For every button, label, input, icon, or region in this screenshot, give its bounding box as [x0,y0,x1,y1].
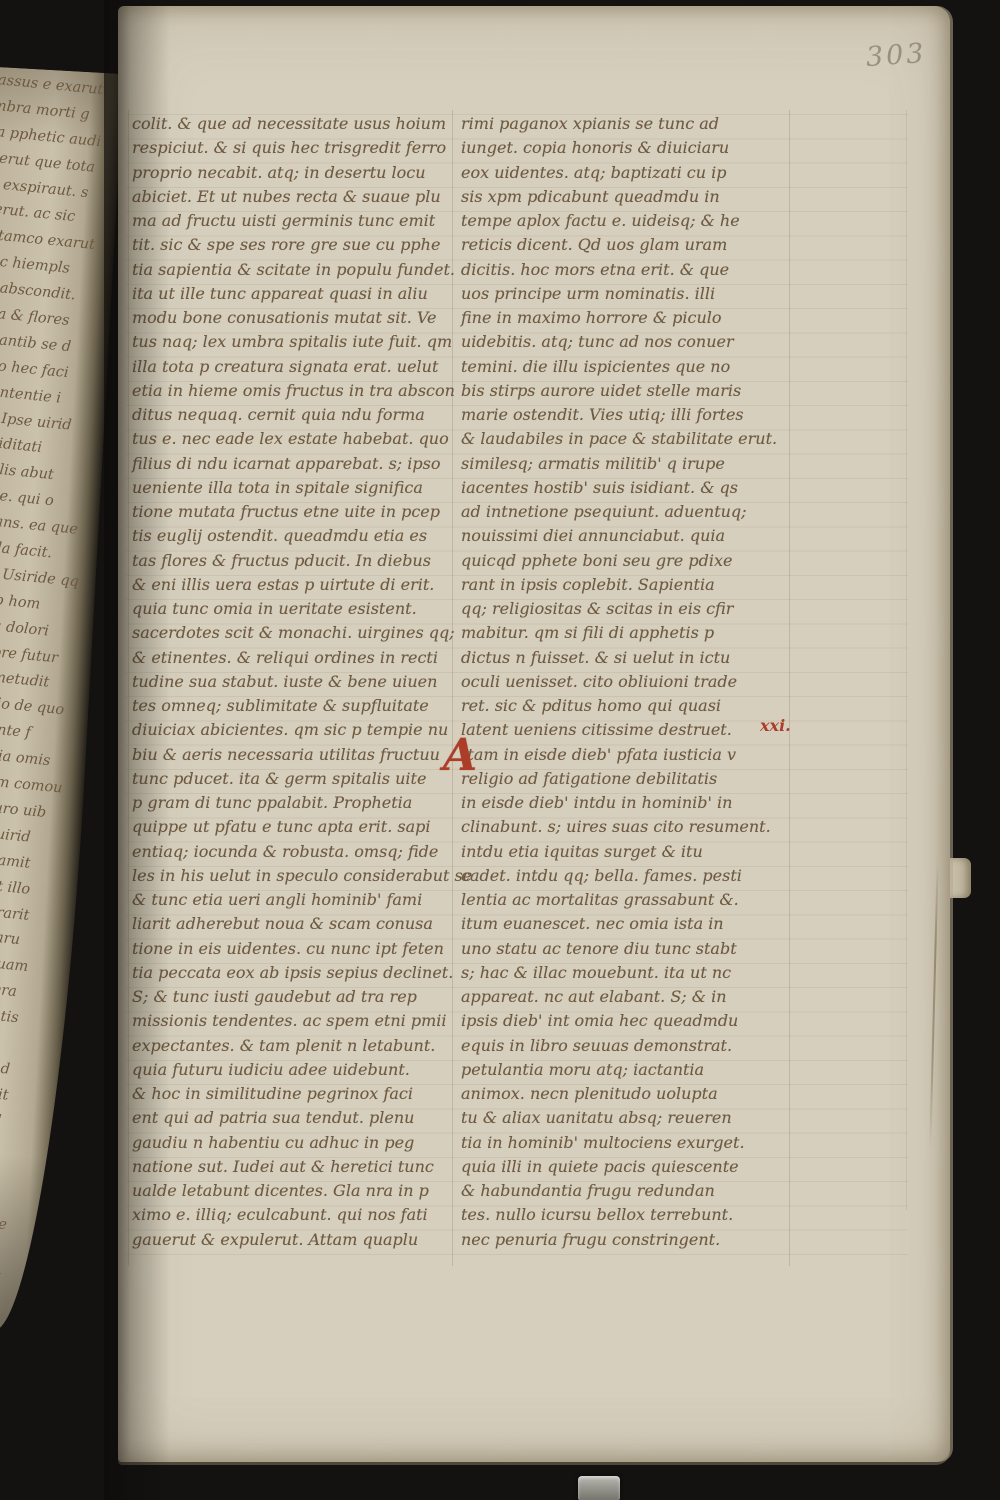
manuscript-line: tis euglij ostendit. queadmdu etia es [132,524,452,548]
manuscript-line: expectantes. & tam plenit n letabunt. [132,1034,452,1058]
ruling-line-vertical [452,110,453,1266]
manuscript-line: filius di ndu icarnat apparebat. s; ipso [132,452,452,476]
manuscript-line: missionis tendentes. ac spem etni pmii [132,1009,452,1033]
text-column-right: rimi paganox xpianis se tunc adiunget. c… [461,112,783,1252]
manuscript-line: cadet. intdu qq; bella. fames. pesti [461,864,783,888]
manuscript-line: & eni illis uera estas p uirtute di erit… [132,573,452,597]
manuscript-line: tia in hominib' multociens exurget. [461,1131,783,1155]
manuscript-line: natione sut. Iudei aut & heretici tunc [132,1155,452,1179]
manuscript-line: sis xpm pdicabunt queadmdu in [461,185,783,209]
manuscript-line: religio ad fatigatione debilitatis [461,767,783,791]
manuscript-line: similesq; armatis militib' q irupe [461,452,783,476]
manuscript-line: s; hac & illac mouebunt. ita ut nc [461,961,783,985]
manuscript-line: itum euanescet. nec omia ista in [461,912,783,936]
manuscript-line: equis in libro seuuas demonstrat. [461,1034,783,1058]
manuscript-line: in eisde dieb' intdu in hominib' in [461,791,783,815]
manuscript-line: dictus n fuisset. & si uelut in ictu [461,646,783,670]
manuscript-line: ditus nequaq. cernit quia ndu forma [132,403,452,427]
manuscript-line: uidebitis. atq; tunc ad nos conuer [461,330,783,354]
manuscript-line: respiciut. & si quis hec trisgredit ferr… [132,136,452,160]
manuscript-line: ad intnetione psequiunt. aduentuq; [461,500,783,524]
manuscript-line: diuiciax abicientes. qm sic p tempie nu [132,718,452,742]
manuscript-line: appareat. nc aut elabant. S; & in [461,985,783,1009]
manuscript-line: temini. die illu ispicientes que no [461,355,783,379]
manuscript-line: reticis dicent. Qd uos glam uram [461,233,783,257]
manuscript-line: rimi paganox xpianis se tunc ad [461,112,783,136]
manuscript-line: abiciet. Et ut nubes recta & suaue plu [132,185,452,209]
manuscript-photo: ce passus e exarutin umbra morti guerba … [0,0,1000,1500]
manuscript-line: ret. sic & pditus homo qui quasi [461,694,783,718]
manuscript-line: dicitis. hoc mors etna erit. & que [461,258,783,282]
manuscript-line: gauerut & expulerut. Attam quaplu [132,1228,452,1252]
chapter-number-rubric: xxi. [760,716,791,735]
manuscript-line: ent qui ad patria sua tendut. plenu [132,1106,452,1130]
manuscript-line: tia peccata eox ab ipsis sepius declinet… [132,961,452,985]
manuscript-line: ttam in eisde dieb' pfata iusticia v [461,743,783,767]
manuscript-line: colit. & que ad necessitate usus hoium [132,112,452,136]
manuscript-line: & etinentes. & reliqui ordines in recti [132,646,452,670]
ruling-line-vertical [789,110,790,1266]
manuscript-line: entiaq; iocunda & robusta. omsq; fide [132,840,452,864]
manuscript-line: tunc pducet. ita & germ spitalis uite [132,767,452,791]
manuscript-line: clinabunt. s; uires suas cito resument. [461,815,783,839]
manuscript-line: iunget. copia honoris & diuiciaru [461,136,783,160]
manuscript-line: latent ueniens citissime destruet. [461,718,783,742]
manuscript-line: mabitur. qm si fili di apphetis p [461,621,783,645]
manuscript-line: gaudiu n habentiu cu adhuc in peg [132,1131,452,1155]
manuscript-line: S; & tunc iusti gaudebut ad tra rep [132,985,452,1009]
previous-page-edge: ce passus e exarutin umbra morti guerba … [0,67,124,1335]
manuscript-line: rant in ipsis coplebit. Sapientia [461,573,783,597]
manuscript-line: ualde letabunt dicentes. Gla nra in p [132,1179,452,1203]
manuscript-line: les in his uelut in speculo considerabut… [132,864,452,888]
manuscript-line: nouissimi diei annunciabut. quia [461,524,783,548]
manuscript-line: tia sapientia & scitate in populu fundet… [132,258,452,282]
manuscript-line: illa tota p creatura signata erat. uelut [132,355,452,379]
manuscript-line: tes omneq; sublimitate & supfluitate [132,694,452,718]
manuscript-line: qq; religiositas & scitas in eis cfir [461,597,783,621]
manuscript-line: quicqd pphete boni seu gre pdixe [461,549,783,573]
manuscript-line: tione mutata fructus etne uite in pcep [132,500,452,524]
mounting-clip [578,1476,620,1500]
manuscript-line: ximo e. illiq; eculcabunt. qui nos fati [132,1203,452,1227]
rubric-initial: A [443,734,477,778]
manuscript-line: liarit adherebut noua & scam conusa [132,912,452,936]
manuscript-line: ma ad fructu uisti germinis tunc emit [132,209,452,233]
manuscript-line: tus e. nec eade lex estate habebat. quo [132,427,452,451]
manuscript-line: tempe aplox factu e. uideisq; & he [461,209,783,233]
manuscript-line: & habundantia frugu redundan [461,1179,783,1203]
manuscript-line: proprio necabit. atq; in desertu locu [132,161,452,185]
ruling-line-vertical [906,110,907,1210]
manuscript-line: quippe ut pfatu e tunc apta erit. sapi [132,815,452,839]
folio-number: 303 [865,38,928,73]
manuscript-line: ipsis dieb' int omia hec queadmdu [461,1009,783,1033]
manuscript-line: quia tunc omia in ueritate esistent. [132,597,452,621]
manuscript-line: eox uidentes. atq; baptizati cu ip [461,161,783,185]
manuscript-line: tes. nullo icursu bellox terrebunt. [461,1203,783,1227]
manuscript-line: intdu etia iquitas surget & itu [461,840,783,864]
manuscript-line: marie ostendit. Vies utiq; illi fortes [461,403,783,427]
manuscript-line: sacerdotes scit & monachi. uirgines qq; [132,621,452,645]
manuscript-line: tione in eis uidentes. cu nunc ipt feten [132,937,452,961]
manuscript-line: ueniente illa tota in spitale significa [132,476,452,500]
manuscript-line: quia futuru iudiciu adee uidebunt. [132,1058,452,1082]
manuscript-line: oculi uenisset. cito obliuioni trade [461,670,783,694]
manuscript-line: modu bone conusationis mutat sit. Ve [132,306,452,330]
manuscript-line: quia illi in quiete pacis quiescente [461,1155,783,1179]
ruling-line-vertical [128,110,129,1266]
manuscript-line: & hoc in similitudine pegrinox faci [132,1082,452,1106]
manuscript-line: uno statu ac tenore diu tunc stabt [461,937,783,961]
manuscript-line: nec penuria frugu constringent. [461,1228,783,1252]
manuscript-line: bis stirps aurore uidet stelle maris [461,379,783,403]
manuscript-line: ita ut ille tunc appareat quasi in aliu [132,282,452,306]
manuscript-line: iacentes hostib' suis isidiant. & qs [461,476,783,500]
manuscript-line: animox. necn plenitudo uolupta [461,1082,783,1106]
text-column-left: colit. & que ad necessitate usus hoiumre… [132,112,452,1252]
manuscript-line: tit. sic & spe ses rore gre sue cu pphe [132,233,452,257]
manuscript-line: etia in hieme omis fructus in tra abscon [132,379,452,403]
previous-page-text: ce passus e exarutin umbra morti guerba … [0,67,124,1299]
manuscript-line: biu & aeris necessaria utilitas fructuu [132,743,452,767]
manuscript-line: lentia ac mortalitas grassabunt &. [461,888,783,912]
manuscript-line: & laudabiles in pace & stabilitate erut. [461,427,783,451]
manuscript-line: petulantia moru atq; iactantia [461,1058,783,1082]
manuscript-line: fine in maximo horrore & piculo [461,306,783,330]
manuscript-line: tus naq; lex umbra spitalis iute fuit. q… [132,330,452,354]
manuscript-line: tudine sua stabut. iuste & bene uiuen [132,670,452,694]
manuscript-line: & tunc etia ueri angli hominib' fami [132,888,452,912]
manuscript-line: uos principe urm nominatis. illi [461,282,783,306]
manuscript-line: tas flores & fructus pducit. In diebus [132,549,452,573]
manuscript-line: p gram di tunc ppalabit. Prophetia [132,791,452,815]
manuscript-line: tu & aliax uanitatu absq; reueren [461,1106,783,1130]
